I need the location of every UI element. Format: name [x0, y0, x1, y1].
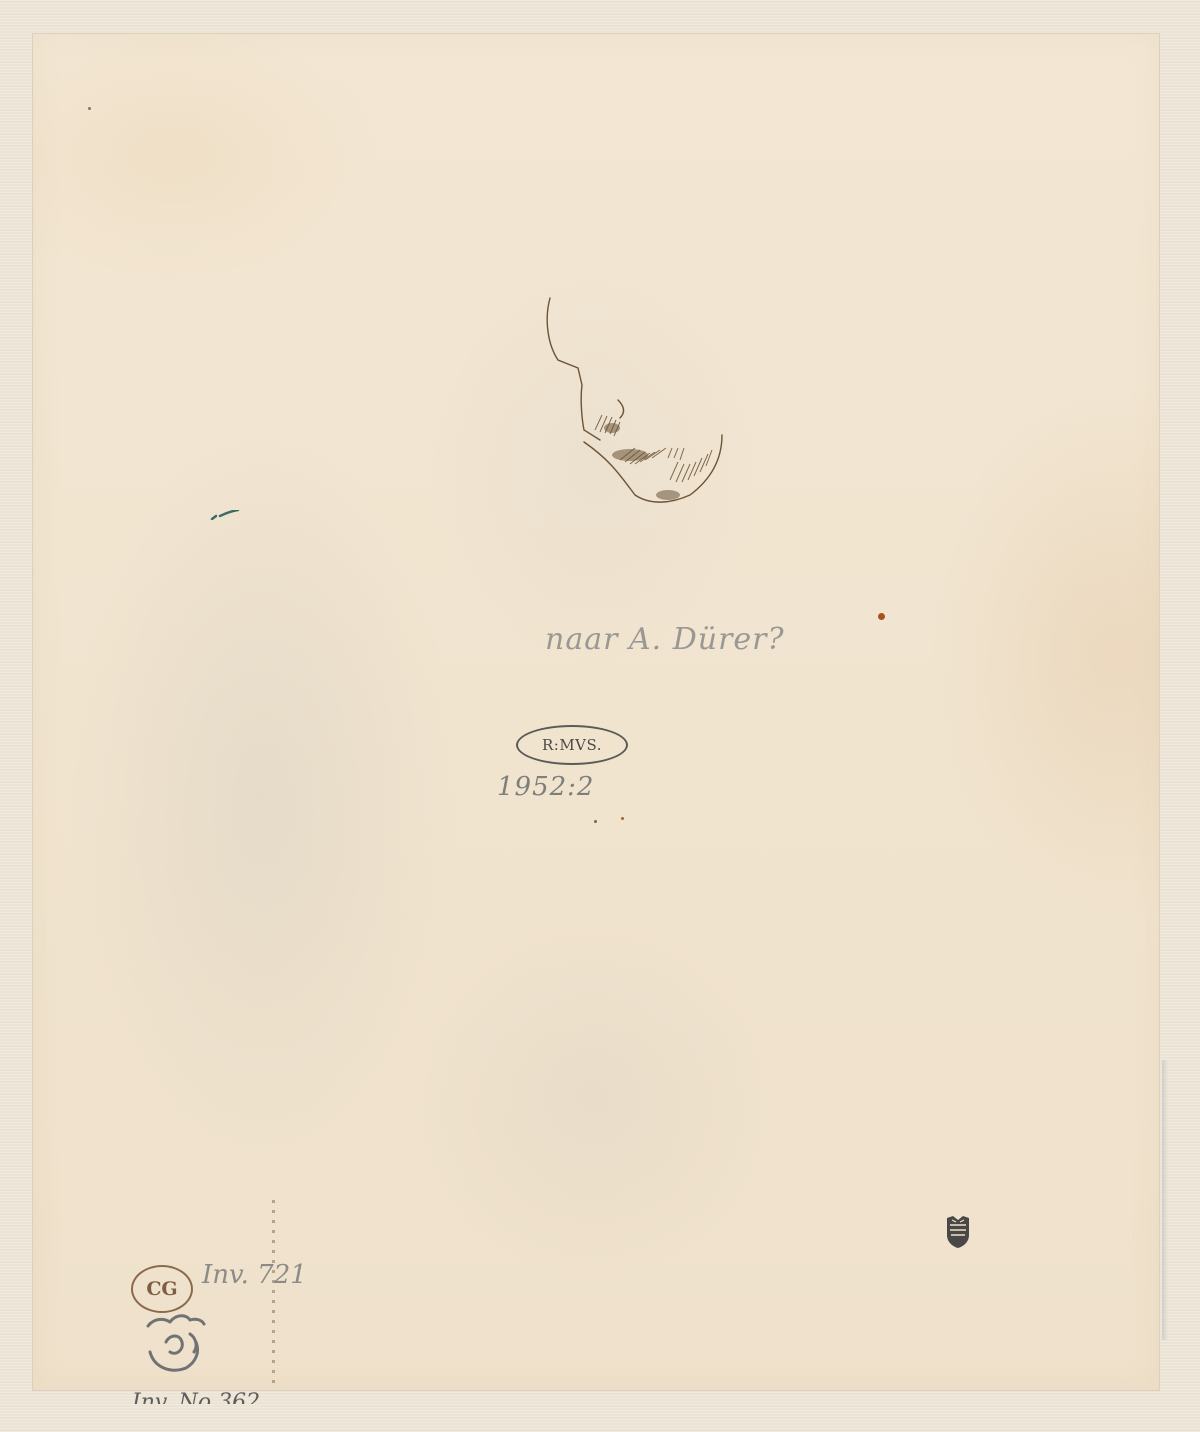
- foxing-spot: [878, 613, 885, 620]
- collector-stamp: CG: [131, 1265, 193, 1313]
- inventory-inscription: Inv. 721: [202, 1260, 307, 1290]
- accession-number: 1952:2: [497, 772, 594, 802]
- collector-stamp-text: CG: [146, 1278, 177, 1300]
- green-ink-mark: [210, 510, 240, 520]
- foxing-spot: [88, 107, 91, 110]
- crest-stamp-icon: [944, 1215, 972, 1249]
- paper-sheet: [33, 34, 1159, 1390]
- museum-stamp-text: R:MVS.: [542, 736, 602, 754]
- profile-sketch-icon: [540, 290, 740, 520]
- inventory-number: Inv. No 362: [132, 1390, 260, 1404]
- attribution-inscription: naar A. Dürer?: [545, 622, 785, 657]
- hand-stamp-icon: [140, 1312, 212, 1376]
- museum-stamp: R:MVS.: [516, 725, 628, 765]
- foxing-spot: [621, 817, 624, 820]
- stain-line: [272, 1200, 275, 1390]
- mount-shadow: [1162, 1060, 1168, 1340]
- foxing-spot: [594, 820, 597, 823]
